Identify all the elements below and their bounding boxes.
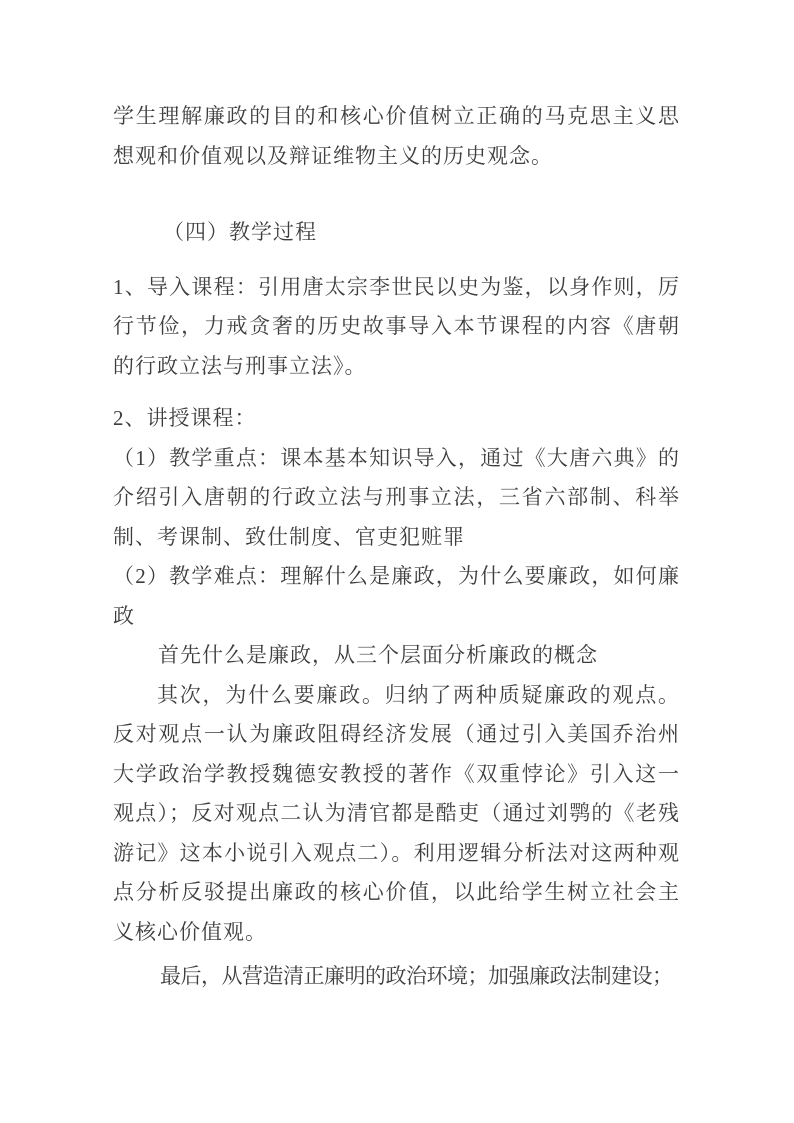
section-heading-teaching-process: （四）教学过程 xyxy=(113,213,680,253)
paragraph-teaching-difficulties: （2）教学难点：理解什么是廉政，为什么要廉政，如何廉政 xyxy=(113,557,680,636)
paragraph-course-introduction: 1、导入课程：引用唐太宗李世民以史为鉴，以身作则，厉行节俭，力戒贪奢的历史故事导… xyxy=(113,268,680,387)
paragraph-final-point: 最后，从营造清正廉明的政治环境；加强廉政法制建设； xyxy=(113,957,680,997)
document-content: 学生理解廉政的目的和核心价值树立正确的马克思主义思想观和价值观以及辩证维物主义的… xyxy=(113,97,680,997)
document-page: 学生理解廉政的目的和核心价值树立正确的马克思主义思想观和价值观以及辩证维物主义的… xyxy=(0,0,794,1123)
paragraph-carryover-text: 学生理解廉政的目的和核心价值树立正确的马克思主义思想观和价值观以及辩证维物主义的… xyxy=(113,97,680,176)
paragraph-teaching-key-points: （1）教学重点：课本基本知识导入，通过《大唐六典》的介绍引入唐朝的行政立法与刑事… xyxy=(113,439,680,558)
paragraph-course-teaching: 2、讲授课程： xyxy=(113,399,680,439)
paragraph-second-point: 其次，为什么要廉政。归纳了两种质疑廉政的观点。反对观点一认为廉政阻碍经济发展（通… xyxy=(113,676,680,953)
paragraph-first-point: 首先什么是廉政，从三个层面分析廉政的概念 xyxy=(113,636,680,676)
